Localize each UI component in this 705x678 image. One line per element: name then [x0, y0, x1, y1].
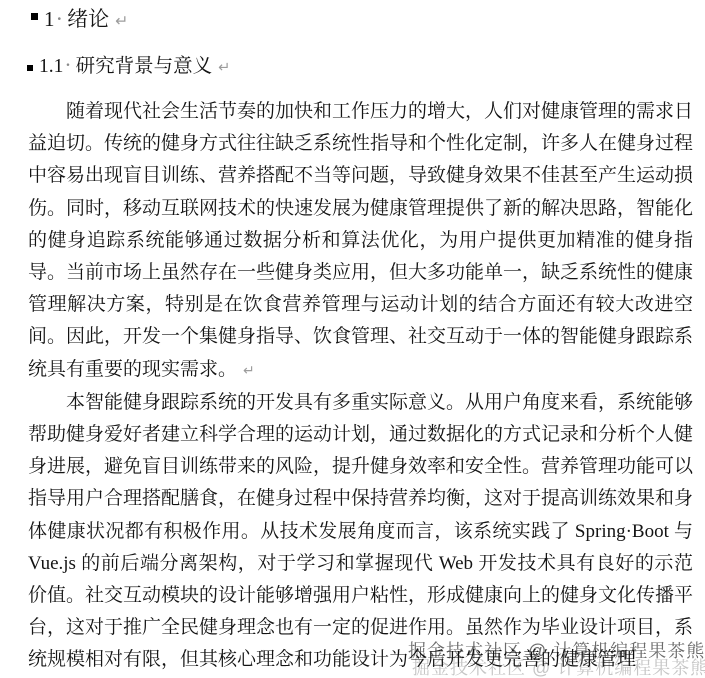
paragraph-1-text: 随着现代社会生活节奏的加快和工作压力的增大，人们对健康管理的需求日益迫切。传统的… [28, 101, 693, 380]
paragraph-1: 随着现代社会生活节奏的加快和工作压力的增大，人们对健康管理的需求日益迫切。传统的… [28, 96, 693, 387]
paragraph-mark-icon: ↵ [109, 11, 128, 30]
space-formatting-mark-icon: · [63, 57, 75, 74]
space-formatting-mark-icon: · [55, 9, 68, 28]
heading-2: 1.1·研究背景与意义↵ [27, 50, 230, 78]
paragraph-mark-icon: ↵ [212, 59, 230, 76]
heading-1: 1·绪论↵ [31, 3, 128, 33]
heading-1-title: 绪论 [67, 7, 109, 31]
heading-1-number: 1 [44, 7, 55, 31]
paragraph-2-text: 本智能健身跟踪系统的开发具有多重实际意义。从用户角度来看，系统能够帮助健身爱好者… [28, 392, 693, 671]
heading-2-number: 1.1 [39, 56, 63, 77]
paragraph-mark-icon: ↵ [237, 363, 255, 379]
document-page: 1·绪论↵ 1.1·研究背景与意义↵ 随着现代社会生活节奏的加快和工作压力的增大… [0, 0, 705, 678]
paragraph-2: 本智能健身跟踪系统的开发具有多重实际意义。从用户角度来看，系统能够帮助健身爱好者… [28, 387, 693, 677]
keep-with-next-square-icon [31, 13, 38, 20]
heading-2-title: 研究背景与意义 [76, 56, 213, 77]
document-body: 随着现代社会生活节奏的加快和工作压力的增大，人们对健康管理的需求日益迫切。传统的… [28, 96, 693, 677]
keep-with-next-square-icon [27, 65, 33, 71]
